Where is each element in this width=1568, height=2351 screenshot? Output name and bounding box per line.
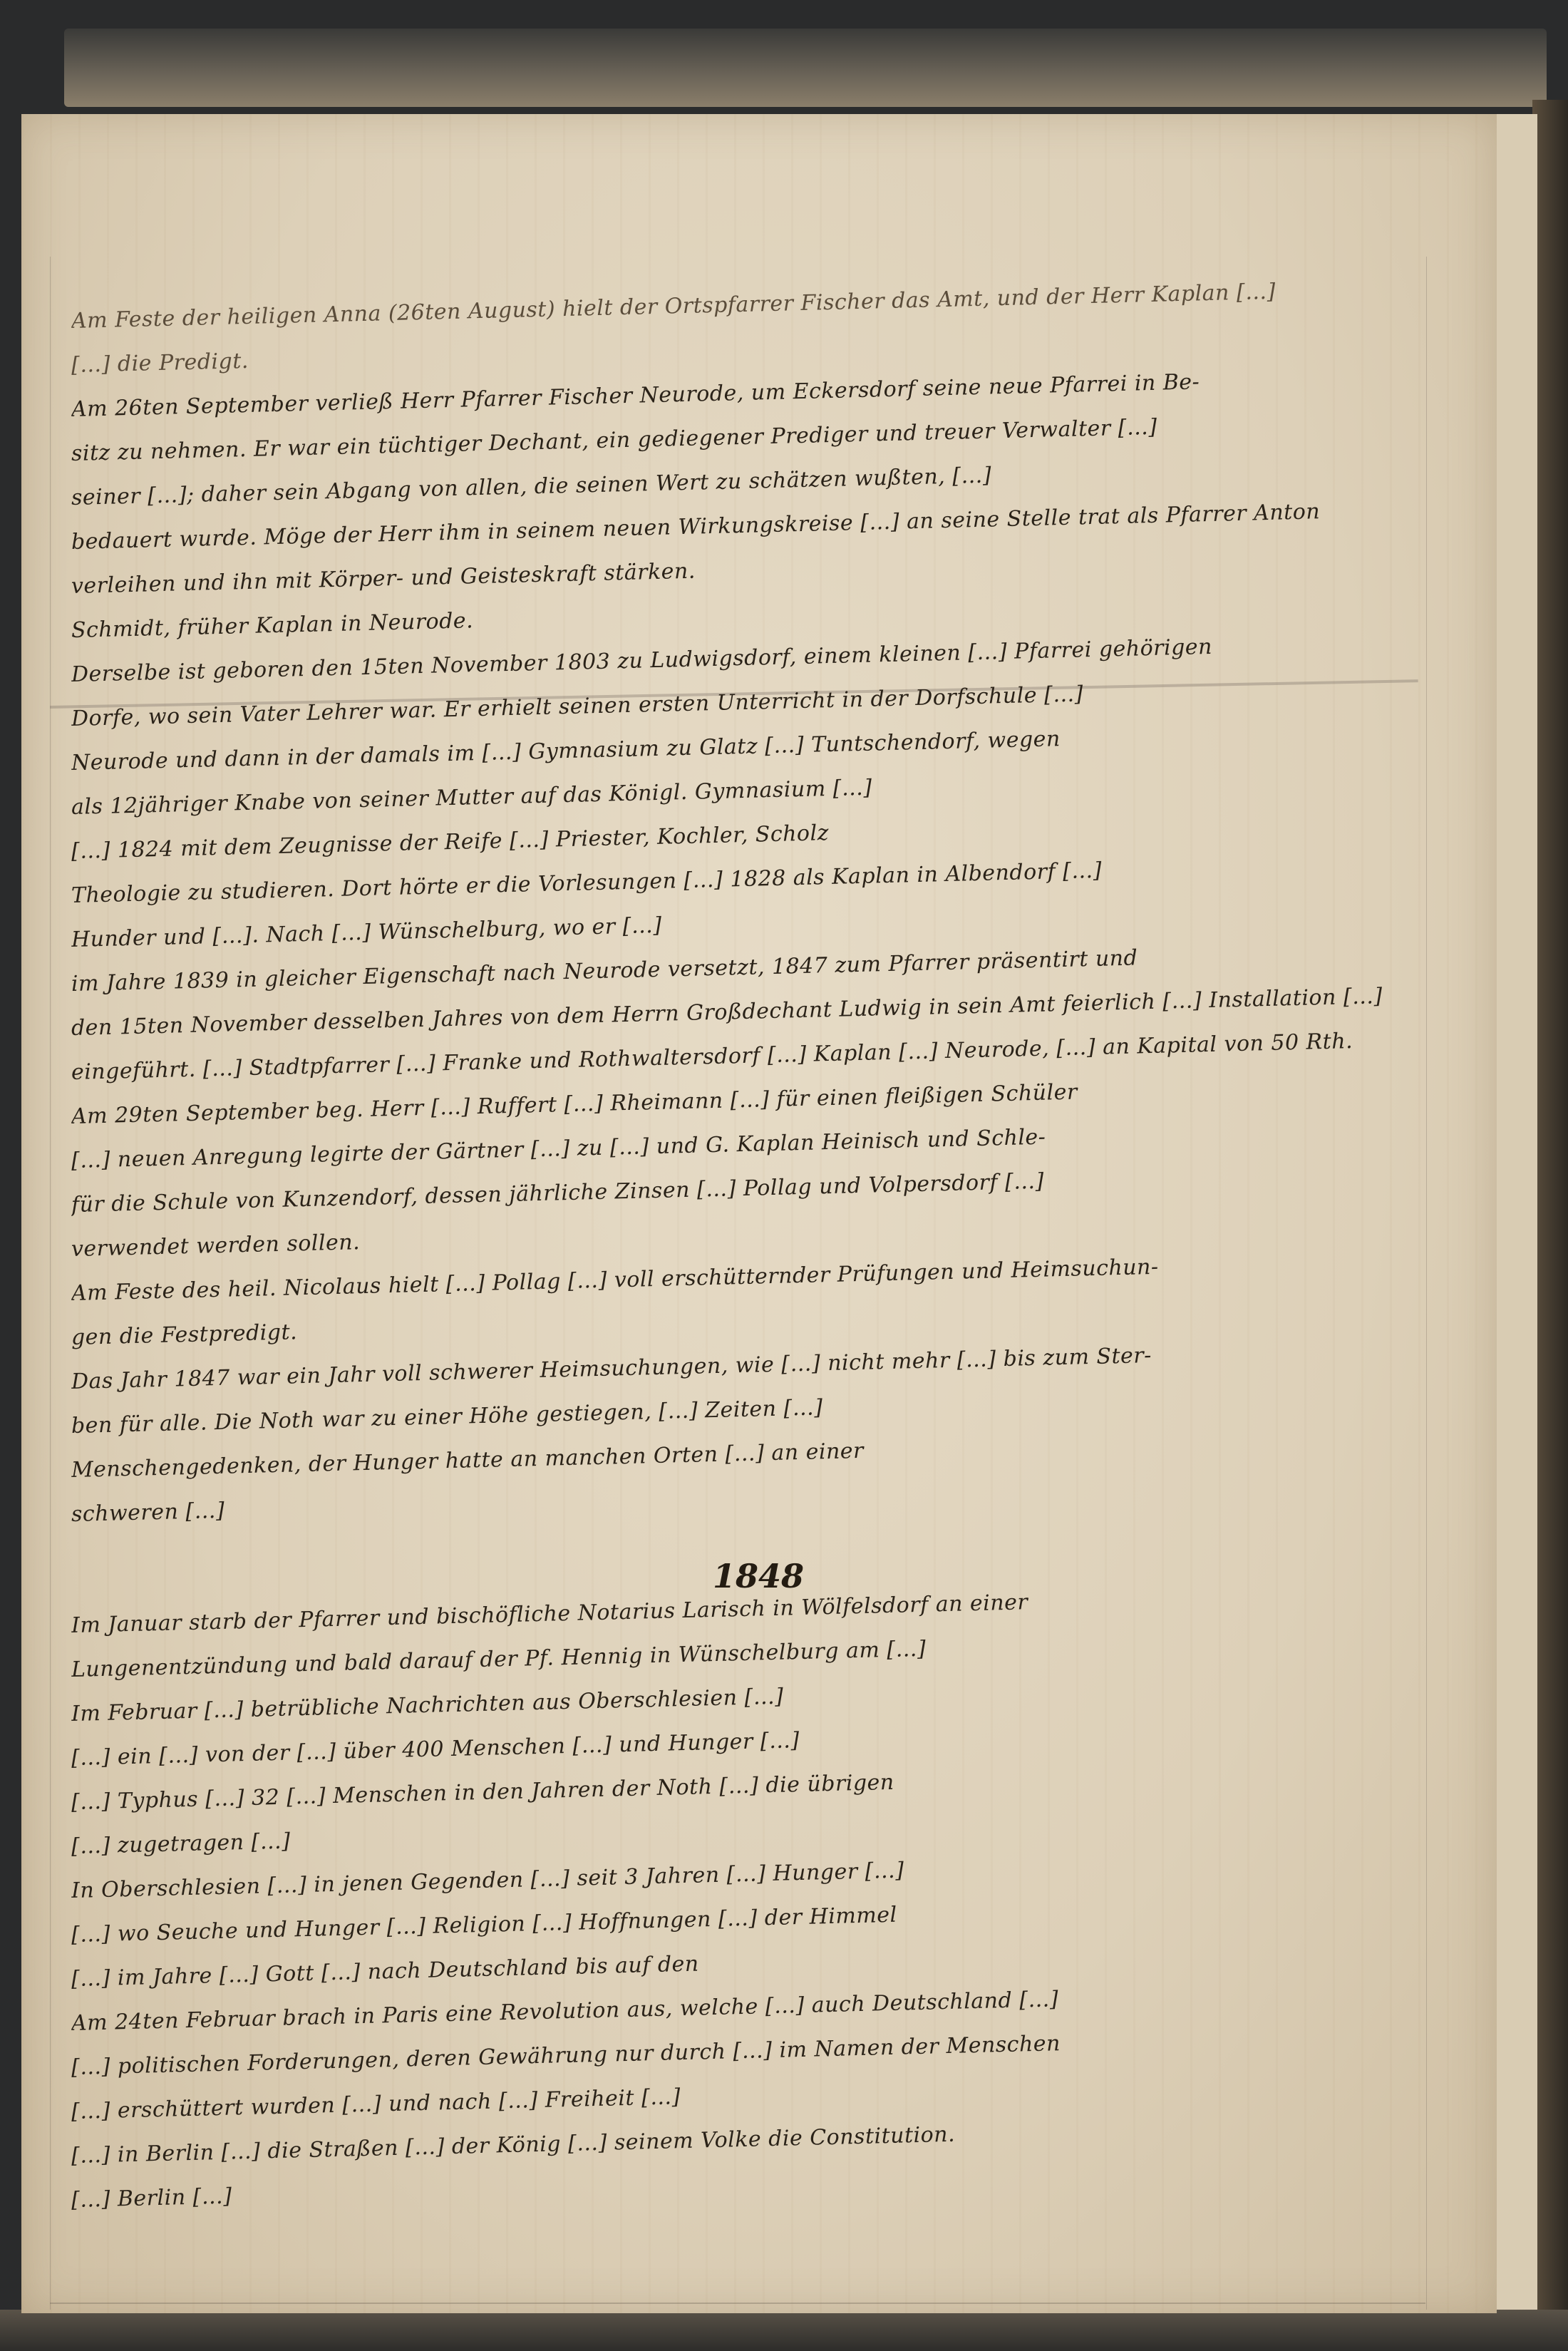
book-cover-top-edge [64, 29, 1547, 107]
manuscript-page: Am Feste der heiligen Anna (26ten August… [21, 114, 1497, 2313]
next-page-edge [1493, 114, 1537, 2324]
handwritten-text-block: Am Feste der heiligen Anna (26ten August… [71, 299, 1404, 2223]
book-cover-right-edge [1532, 100, 1568, 2338]
book-cover-bottom-edge [0, 2310, 1568, 2351]
ruled-line-bottom [50, 2303, 1425, 2304]
